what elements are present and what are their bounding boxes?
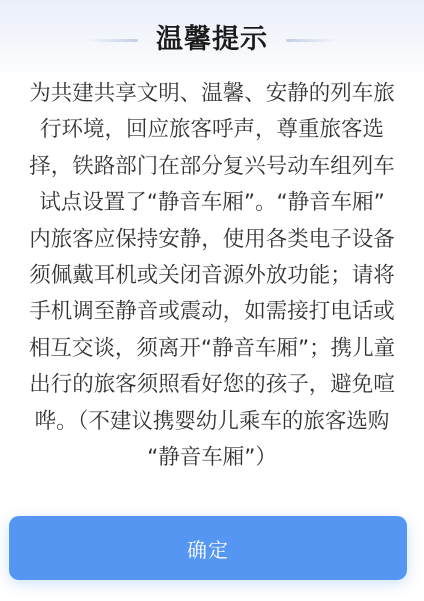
confirm-button[interactable]: 确定 bbox=[9, 516, 407, 580]
dialog-title: 温馨提示 bbox=[156, 18, 268, 62]
body-line: 行环境，回应旅客呼声，尊重旅客选 bbox=[10, 112, 414, 148]
confirm-button-label: 确定 bbox=[187, 534, 229, 563]
dialog-body: 为共建共享文明、温馨、安静的列车旅 行环境，回应旅客呼声，尊重旅客选 择，铁路部… bbox=[10, 76, 414, 476]
body-line: 为共建共享文明、温馨、安静的列车旅 bbox=[10, 76, 414, 112]
body-line: 出行的旅客须照看好您的孩子，避免喧 bbox=[10, 367, 414, 403]
notice-dialog: 温馨提示 为共建共享文明、温馨、安静的列车旅 行环境，回应旅客呼声，尊重旅客选 … bbox=[0, 0, 424, 601]
body-line: 内旅客应保持安静，使用各类电子设备 bbox=[10, 222, 414, 258]
body-line: 哗。（不建议携婴幼儿乘车的旅客选购 bbox=[10, 404, 414, 440]
body-line: 相互交谈，须离开“静音车厢”；携儿童 bbox=[10, 331, 414, 367]
body-line: 手机调至静音或震动，如需接打电话或 bbox=[10, 294, 414, 330]
body-line: 须佩戴耳机或关闭音源外放功能；请将 bbox=[10, 258, 414, 294]
body-line: 择，铁路部门在部分复兴号动车组列车 bbox=[10, 149, 414, 185]
body-line: “静音车厢”） bbox=[10, 440, 414, 476]
dialog-header: 温馨提示 bbox=[0, 18, 424, 62]
title-decoration-left bbox=[86, 39, 138, 42]
body-line: 试点设置了“静音车厢”。“静音车厢” bbox=[10, 185, 414, 221]
title-decoration-right bbox=[286, 39, 338, 42]
